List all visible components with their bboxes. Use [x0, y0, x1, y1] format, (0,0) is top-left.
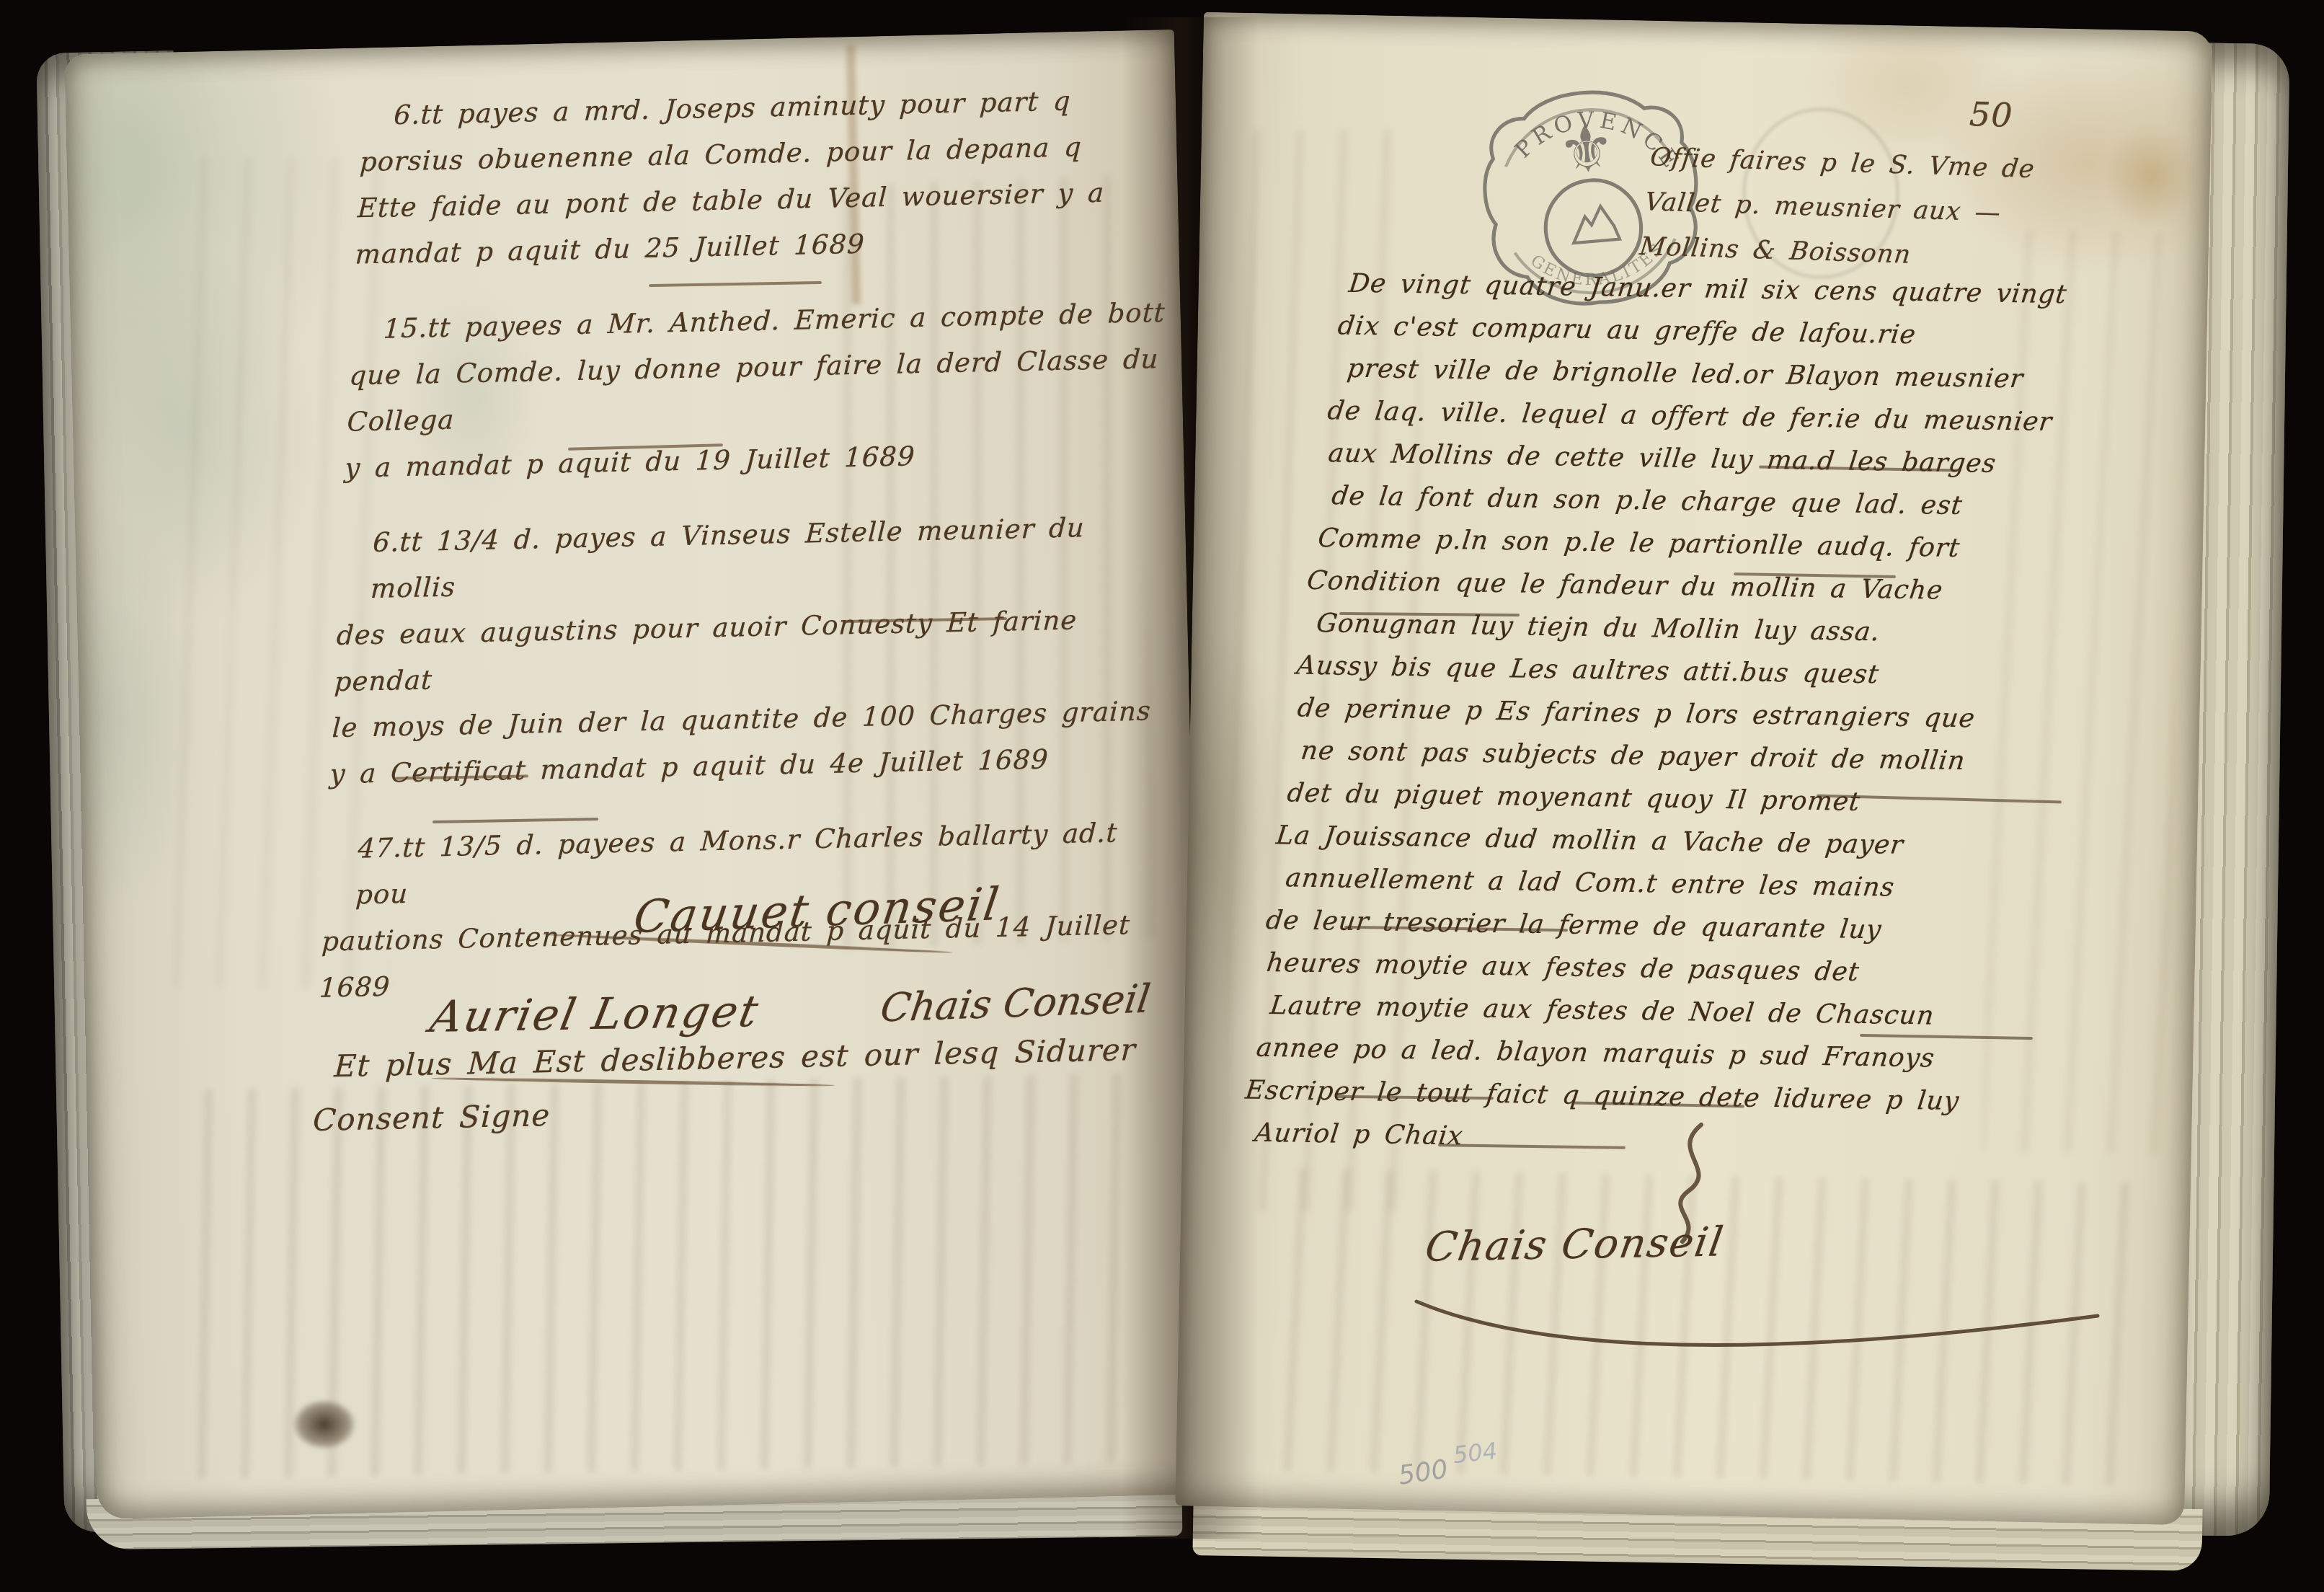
ledger-entry: 15.tt payees a Mr. Anthed. Emeric a comp…: [344, 289, 1181, 491]
folio-number: 50: [1969, 94, 2013, 135]
paper-stain: [2090, 108, 2213, 245]
signature-flourish-line: [1406, 1276, 2126, 1377]
manuscript-line: que la Comde. luy donne pour faire la de…: [346, 335, 1179, 445]
stamp-medallion-emblem: [1571, 205, 1620, 243]
manuscript-line: 6.tt 13/4 d. payes a Vinseus Estelle meu…: [370, 503, 1171, 612]
act-header: Offie faires p le S. Vme de Vallet p. me…: [1637, 136, 2057, 282]
manuscript-photo: 6.tt payes a mrd. Joseps aminuty pour pa…: [0, 0, 2324, 1592]
signature-auriel-longet: Auriel Longet: [426, 986, 764, 1043]
pencil-folio-mark: 504: [1452, 1437, 1499, 1469]
act-body: De vingt quatre Janu.er mil six cens qua…: [1238, 262, 2218, 1168]
manuscript-line: des eaux augustins pour auoir Conuesty E…: [333, 596, 1166, 705]
signature-chais-left: Chais Conseil: [878, 976, 1153, 1030]
ledger-entry: 6.tt payes a mrd. Joseps aminuty pour pa…: [354, 76, 1192, 278]
signature-chais-right: Chais Conseil: [1422, 1219, 1727, 1270]
fleur-de-lis-icon: ⚜: [1555, 110, 1618, 190]
ledger-entry: 6.tt 13/4 d. payes a Vinseus Estelle meu…: [329, 503, 1171, 798]
